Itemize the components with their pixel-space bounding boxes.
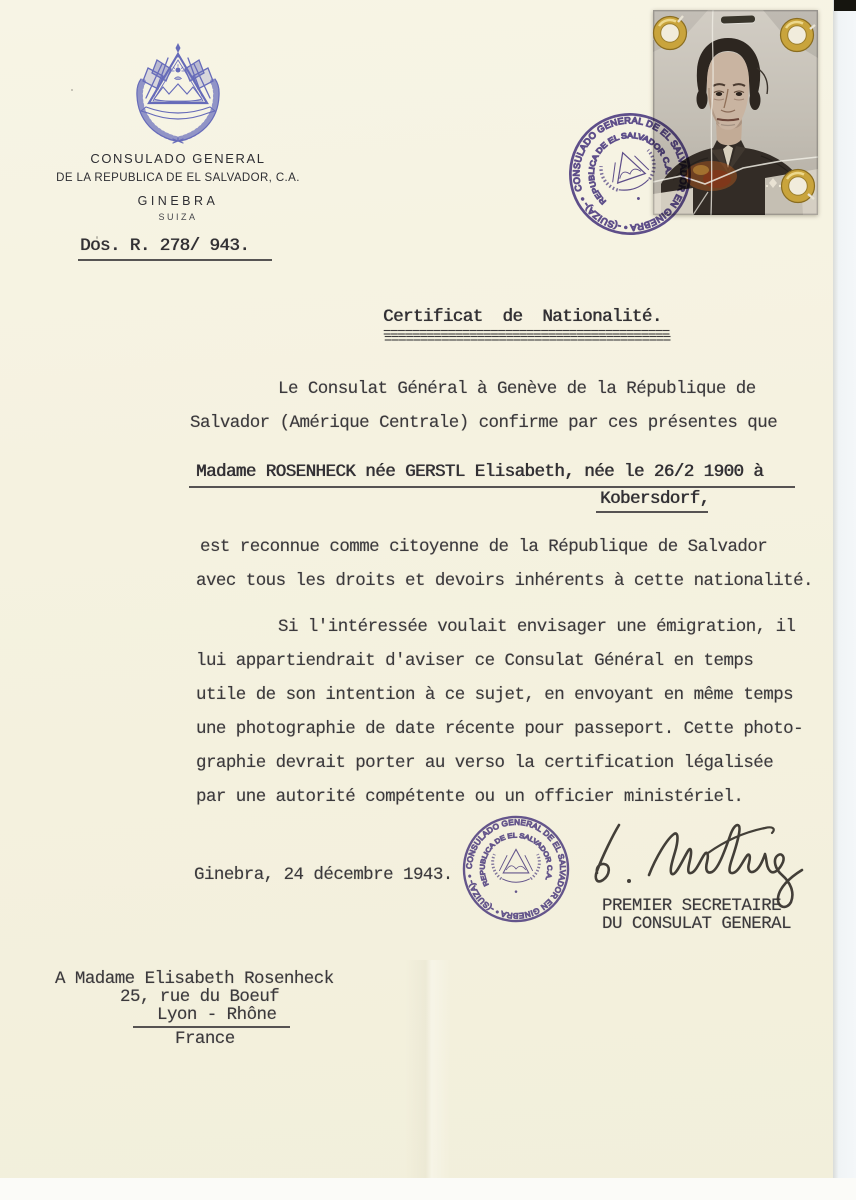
scan-edge-bottom — [0, 1178, 856, 1200]
letterhead-org-line1: CONSULADO GENERAL — [28, 151, 328, 166]
el-salvador-coat-of-arms-icon — [126, 40, 230, 144]
document-title: Certificat de Nationalité. — [383, 307, 662, 327]
body-line: utile de son intention à ce sujet, en en… — [196, 685, 793, 705]
date-line: Ginebra, 24 décembre 1943. — [194, 865, 453, 885]
grommet-bottom-right — [778, 166, 818, 206]
body-line: Si l'intéressée voulait envisager une ém… — [278, 617, 796, 637]
recipient-line: 25, rue du Boeuf — [120, 987, 279, 1007]
birthplace-underline — [596, 511, 708, 513]
grommet-top-left — [650, 13, 690, 53]
paper-fold-shadow — [405, 960, 451, 1178]
recipient-line: France — [175, 1029, 235, 1049]
dossier-number: Dos. R. 278/ 943. — [80, 236, 249, 256]
subject-name-line: Madame ROSENHECK née GERSTL Elisabeth, n… — [196, 462, 763, 482]
dossier-underline — [78, 259, 272, 261]
birthplace: Kobersdorf, — [600, 489, 709, 509]
body-line: une photographie de date récente pour pa… — [196, 719, 803, 739]
letterhead-city: GINEBRA — [28, 194, 328, 208]
svg-text:REPUBLICA DE EL SALVADOR C.A.: REPUBLICA DE EL SALVADOR C.A. — [479, 832, 552, 886]
stamp-inner-text: REPUBLICA DE EL SALVADOR C.A. — [479, 832, 552, 886]
paper-speck — [96, 236, 98, 239]
letterhead-country: SUIZA — [28, 212, 328, 222]
body-line: par une autorité compétente ou un offici… — [196, 787, 743, 807]
scan-edge-right — [833, 0, 856, 1200]
body-line: avec tous les droits et devoirs inhérent… — [196, 571, 813, 591]
recipient-underline — [133, 1026, 290, 1028]
body-line: est reconnue comme citoyenne de la Répub… — [200, 537, 767, 557]
photo-mounting-slot — [721, 15, 755, 23]
body-line: lui appartiendrait d'aviser ce Consulat … — [196, 651, 753, 671]
recipient-line: A Madame Elisabeth Rosenheck — [55, 969, 334, 989]
scanned-document: CONSULADO GENERAL DE LA REPUBLICA DE EL … — [0, 0, 856, 1200]
body-line: Le Consulat Général à Genève de la Répub… — [278, 379, 756, 399]
body-line: Salvador (Amérique Centrale) confirme pa… — [190, 413, 777, 433]
body-line: graphie devrait porter au verso la certi… — [196, 753, 773, 773]
signer-title-line2: DU CONSULAT GENERAL — [602, 914, 791, 934]
signature-handwriting — [583, 815, 833, 915]
consular-stamp-signature: CONSULADO GENERAL DE EL SALVADOR EN GINE… — [461, 814, 571, 924]
scan-corner-black — [834, 0, 856, 11]
paper-speck — [71, 89, 73, 91]
title-rule-2: ======================================== — [384, 332, 670, 348]
letterhead-org-line2: DE LA REPUBLICA DE EL SALVADOR, C.A. — [28, 172, 328, 184]
grommet-top-right — [777, 15, 817, 55]
recipient-line: Lyon - Rhône — [157, 1005, 276, 1025]
name-underline — [189, 486, 795, 488]
